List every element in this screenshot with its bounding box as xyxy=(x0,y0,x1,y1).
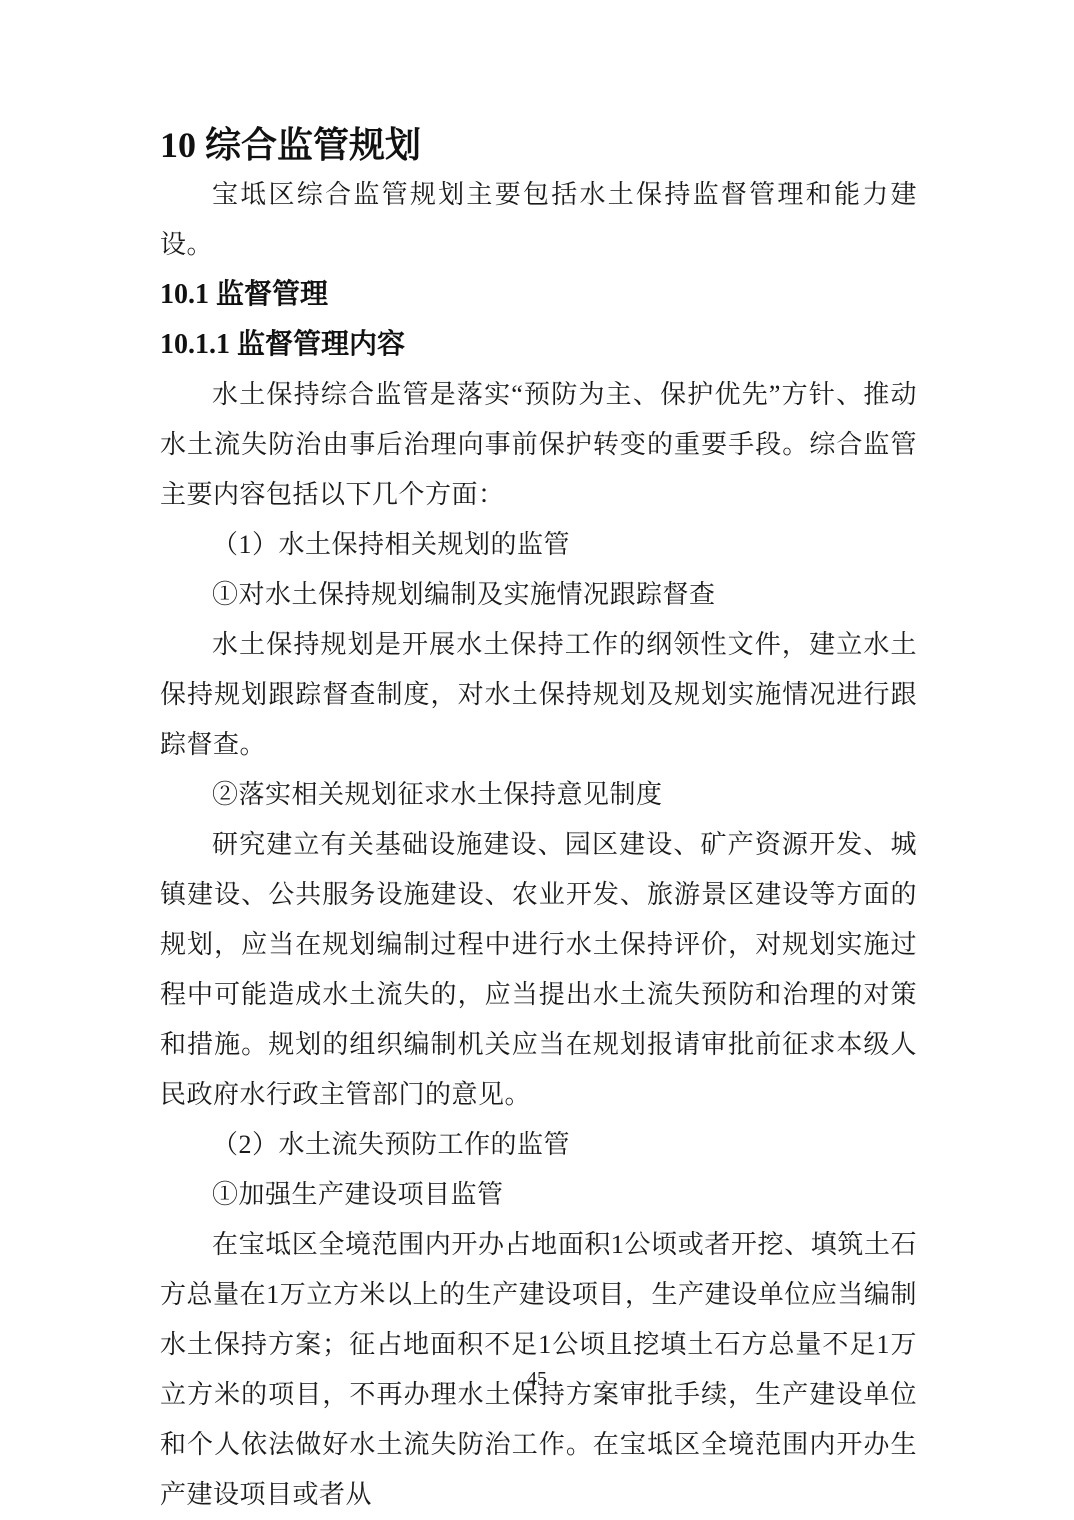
paragraph-item-1-heading: （1）水土保持相关规划的监管 xyxy=(160,520,917,570)
paragraph-item-1-sub-2: ②落实相关规划征求水土保持意见制度 xyxy=(160,770,917,820)
paragraph-item-2-sub-1: ①加强生产建设项目监管 xyxy=(160,1170,917,1220)
subsection-heading: 10.1.1 监督管理内容 xyxy=(160,320,917,370)
section-heading: 10.1 监督管理 xyxy=(160,270,917,320)
paragraph-item-1-sub-2-body: 研究建立有关基础设施建设、园区建设、矿产资源开发、城镇建设、公共服务设施建设、农… xyxy=(160,820,917,1120)
paragraph-item-1-sub-1: ①对水土保持规划编制及实施情况跟踪督查 xyxy=(160,570,917,620)
chapter-heading: 10 综合监管规划 xyxy=(160,120,917,170)
document-page: 10 综合监管规划 宝坻区综合监管规划主要包括水土保持监督管理和能力建设。 10… xyxy=(0,0,1074,1520)
page-content: 10 综合监管规划 宝坻区综合监管规划主要包括水土保持监督管理和能力建设。 10… xyxy=(0,0,1074,1520)
paragraph-item-2-heading: （2）水土流失预防工作的监管 xyxy=(160,1120,917,1170)
page-number: 45 xyxy=(0,1368,1074,1391)
paragraph-item-1-sub-1-body: 水土保持规划是开展水土保持工作的纲领性文件，建立水土保持规划跟踪督查制度，对水土… xyxy=(160,620,917,770)
chapter-intro-paragraph: 宝坻区综合监管规划主要包括水土保持监督管理和能力建设。 xyxy=(160,170,917,270)
paragraph-overview: 水土保持综合监管是落实“预防为主、保护优先”方针、推动水土流失防治由事后治理向事… xyxy=(160,370,917,520)
